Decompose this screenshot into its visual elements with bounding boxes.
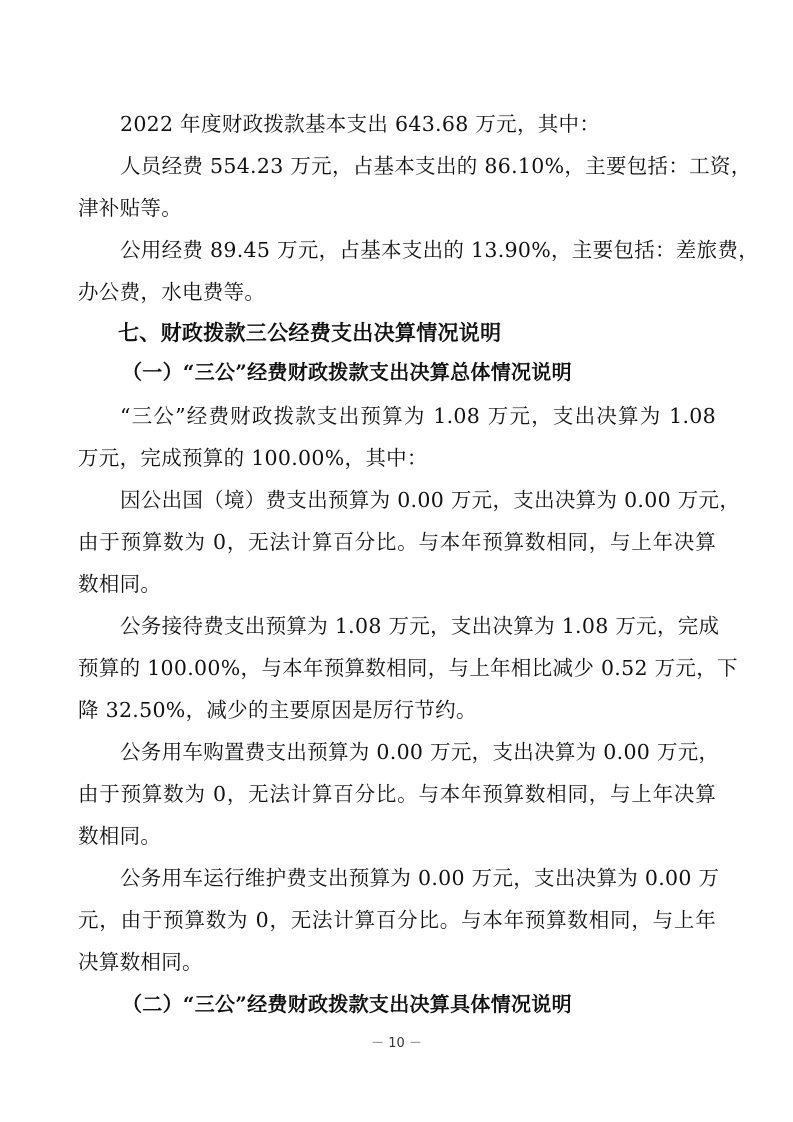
paragraph-public-expense: 公用经费 89.45 万元，占基本支出的 13.90%，主要包括：差旅费，	[120, 230, 716, 270]
paragraph-overseas-travel-end: 数相同。	[78, 564, 161, 604]
subsection-heading-one: （一）“三公”经费财政拨款支出决算总体情况说明	[122, 352, 572, 392]
paragraph-basic-expenditure: 2022 年度财政拨款基本支出 643.68 万元，其中：	[120, 104, 600, 144]
paragraph-reception-end: 降 32.50%，减少的主要原因是厉行节约。	[78, 690, 477, 730]
paragraph-personnel-expense-cont: 津补贴等。	[78, 188, 182, 228]
paragraph-reception: 公务接待费支出预算为 1.08 万元，支出决算为 1.08 万元，完成	[120, 606, 716, 646]
paragraph-three-public-total-cont: 万元，完成预算的 100.00%，其中：	[78, 438, 428, 478]
subsection-heading-two: （二）“三公”经费财政拨款支出决算具体情况说明	[122, 984, 572, 1024]
paragraph-three-public-total: “三公”经费财政拨款支出预算为 1.08 万元，支出决算为 1.08	[120, 396, 716, 436]
paragraph-vehicle-purchase-end: 数相同。	[78, 816, 161, 856]
paragraph-vehicle-maintenance-end: 决算数相同。	[78, 942, 203, 982]
section-heading-seven: 七、财政拨款三公经费支出决算情况说明	[118, 313, 501, 353]
paragraph-vehicle-maintenance: 公务用车运行维护费支出预算为 0.00 万元，支出决算为 0.00 万	[120, 858, 716, 898]
paragraph-vehicle-maintenance-cont: 元，由于预算数为 0，无法计算百分比。与本年预算数相同，与上年	[78, 900, 716, 940]
paragraph-vehicle-purchase-cont: 由于预算数为 0，无法计算百分比。与本年预算数相同，与上年决算	[78, 774, 716, 814]
paragraph-overseas-travel: 因公出国（境）费支出预算为 0.00 万元，支出决算为 0.00 万元，	[120, 480, 716, 520]
paragraph-overseas-travel-cont: 由于预算数为 0，无法计算百分比。与本年预算数相同，与上年决算	[78, 522, 716, 562]
paragraph-vehicle-purchase: 公务用车购置费支出预算为 0.00 万元，支出决算为 0.00 万元，	[120, 732, 716, 772]
paragraph-reception-cont: 预算的 100.00%，与本年预算数相同，与上年相比减少 0.52 万元，下	[78, 648, 716, 688]
paragraph-personnel-expense: 人员经费 554.23 万元，占基本支出的 86.10%，主要包括：工资，	[120, 146, 716, 186]
paragraph-public-expense-cont: 办公费，水电费等。	[78, 272, 265, 312]
page-number: － 10 －	[0, 1032, 793, 1051]
